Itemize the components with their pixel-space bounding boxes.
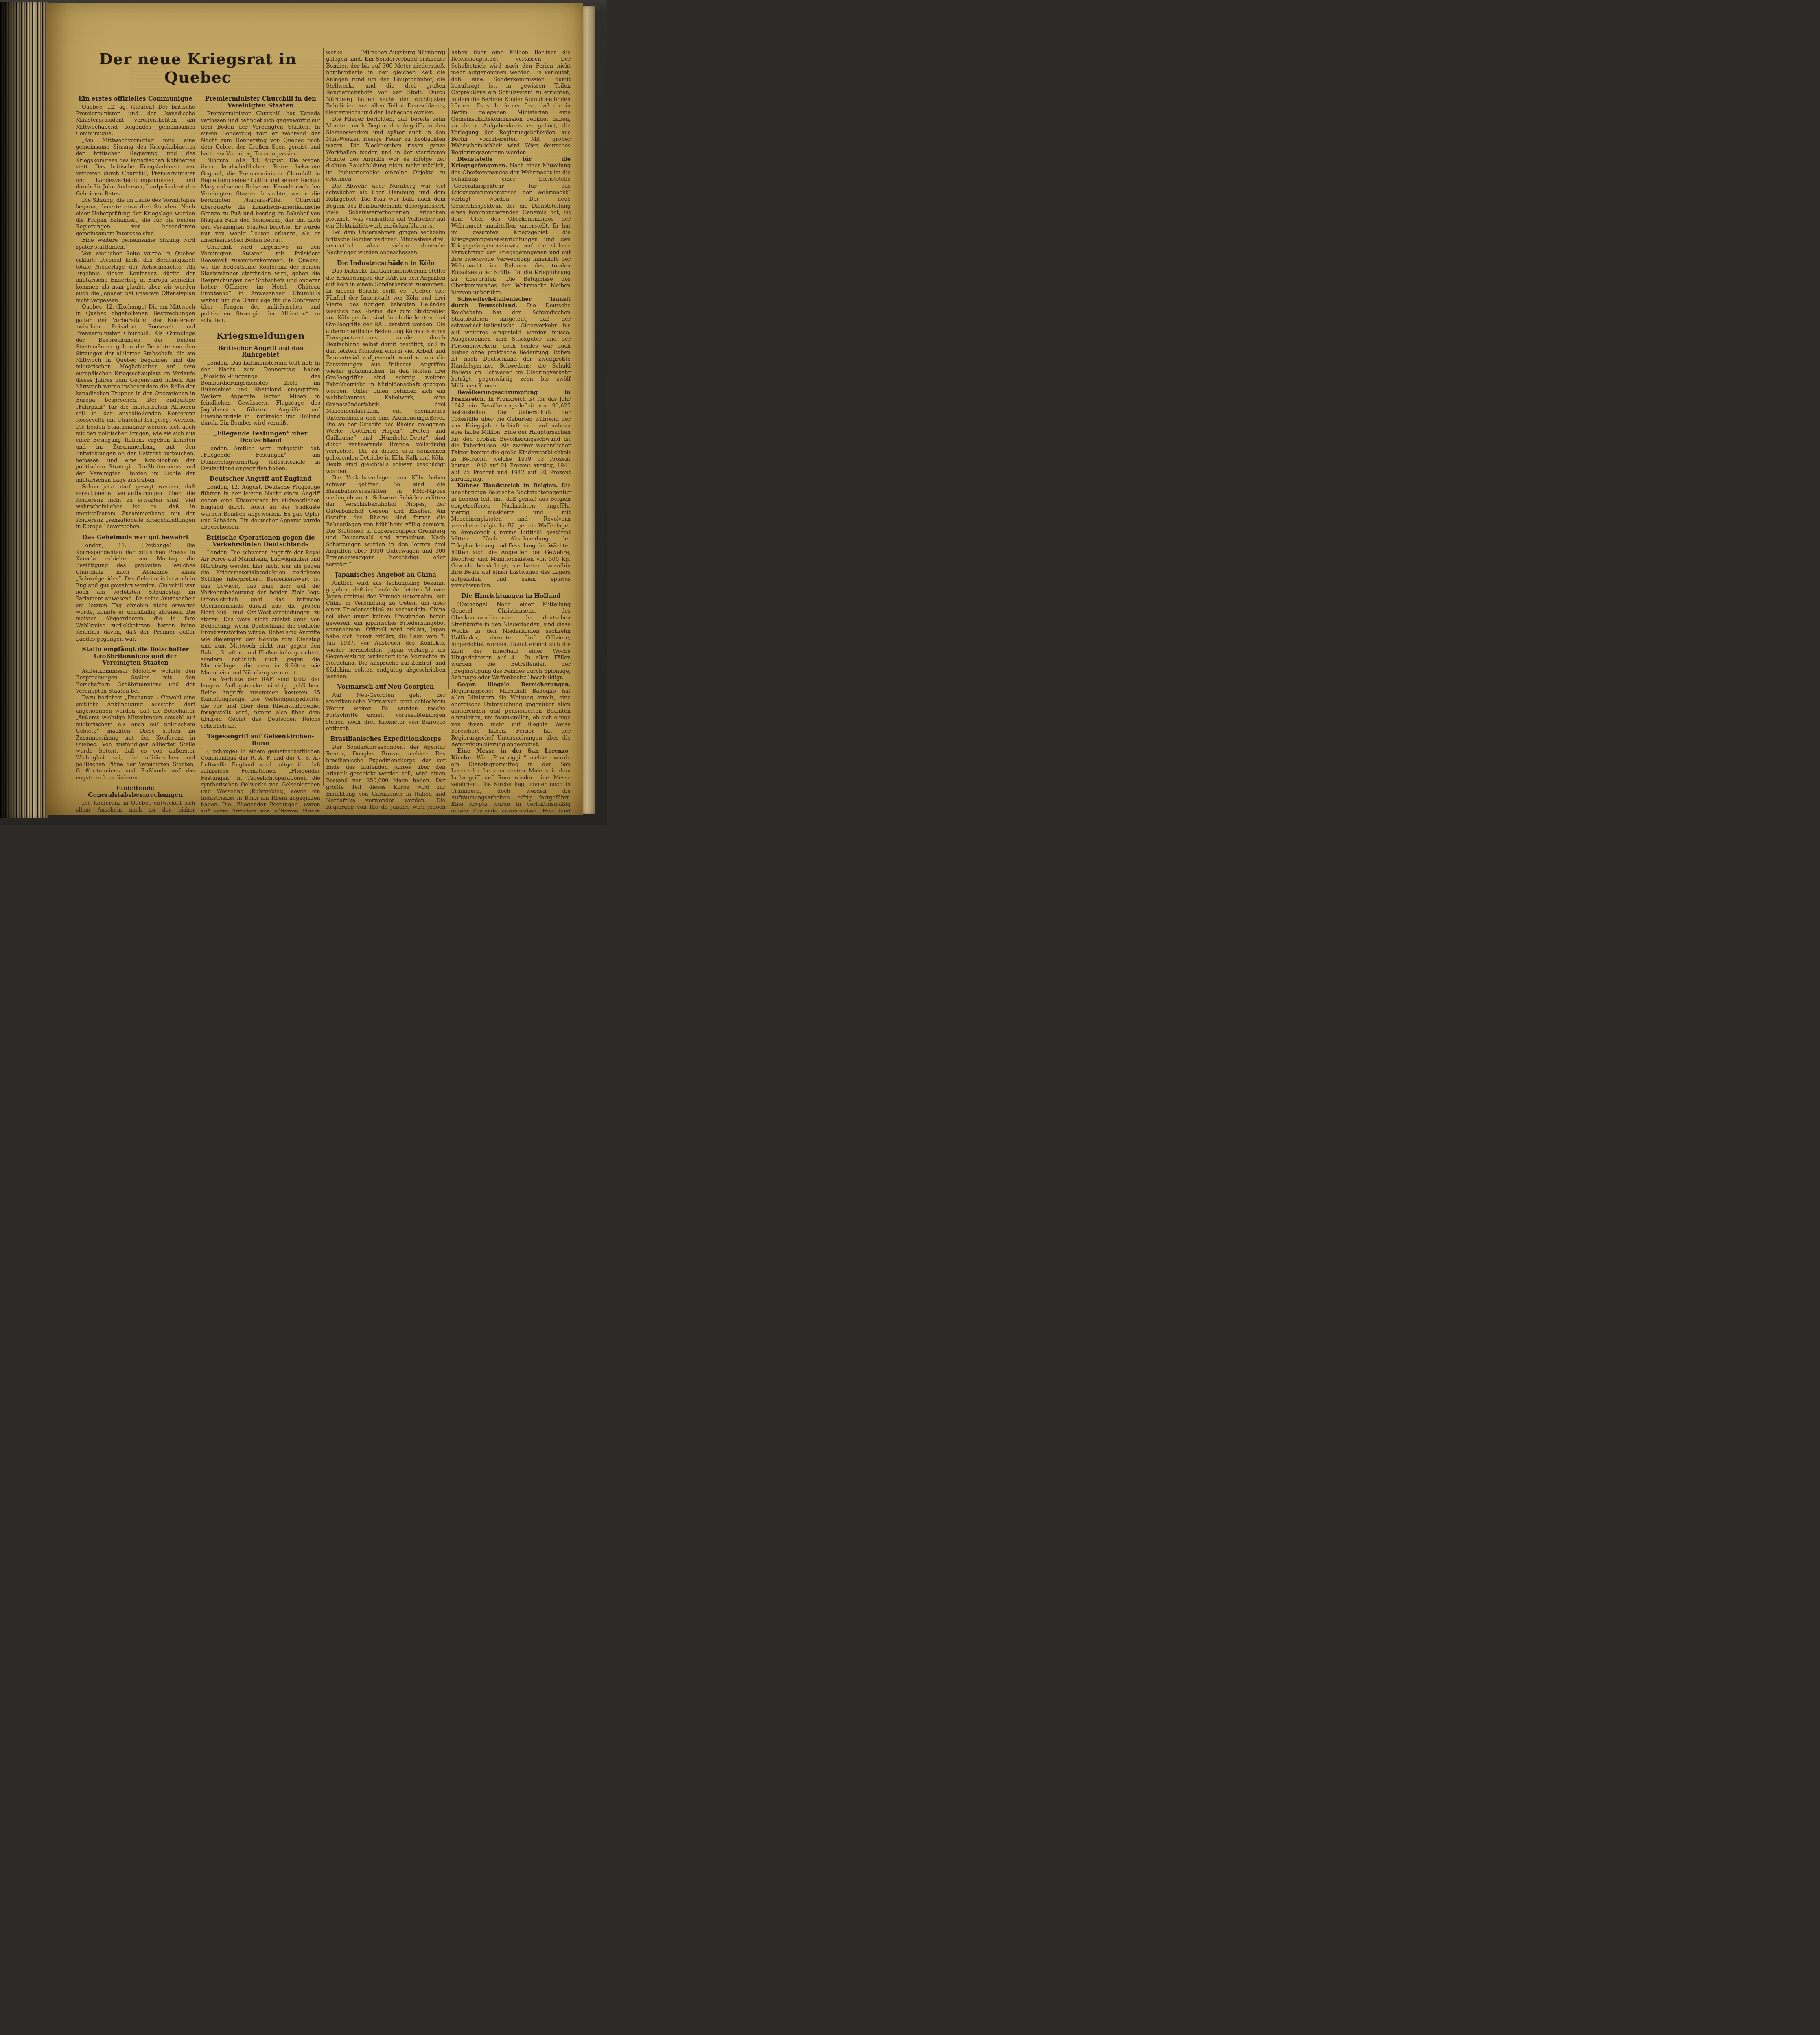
article-paragraph: Bevölkerungsschrumpfung in Frankreich.In… — [451, 389, 571, 483]
article-paragraph: Eine Messe in der San Lorenzo-Kirche.Wie… — [451, 748, 571, 812]
article-dienststelle-kriegsgefangene: Dienststelle für die Kriegsgefangenen.Na… — [451, 156, 571, 296]
article-paragraph: Die Verkehrsanlagen von Köln haben schwe… — [326, 475, 446, 568]
article-paragraph: Quebec, 12. (Exchange) Die am Mittwoch i… — [76, 304, 195, 484]
article-headline: Das Geheimnis war gut bewahrt — [77, 534, 194, 541]
article-paragraph: London. Amtlich wird mitgeteilt, daß „Fl… — [201, 446, 321, 473]
article-paragraph: Niagara Falls, 13. August. Die wegen ihr… — [201, 158, 321, 244]
article-nuernberg-continuation: werke (München-Augsburg-Nürnberg) gelege… — [326, 50, 446, 256]
article-headline: Einleitende Generalstabsbesprechungen — [77, 785, 194, 799]
article-paragraph: Dienststelle für die Kriegsgefangenen.Na… — [451, 156, 571, 296]
article-bevoelkerungsschrumpfung: Bevölkerungsschrumpfung in Frankreich.In… — [451, 389, 571, 483]
article-messe-san-lorenzo: Eine Messe in der San Lorenzo-Kirche.Wie… — [451, 748, 571, 812]
article-fliegende-festungen: „Fliegende Festungen“ über Deutschland L… — [201, 431, 321, 473]
article-paragraph: London, 12. August. Deutsche Flugzeuge f… — [201, 484, 321, 531]
article-headline: Vormarsch auf Neu Georgien — [328, 684, 444, 691]
runin-text: Wie „Pomeriggio“ meldet, wurde am Dienst… — [451, 755, 571, 812]
runin-text: Nach einer Mitteilung des Oberkommandos … — [451, 163, 571, 295]
article-paragraph: London. Die schweren Angriffe der Royal … — [201, 550, 321, 676]
article-headline: Premierminister Churchill in den Vereini… — [203, 96, 319, 109]
article-headline: Brasilianisches Expeditionskorps — [328, 736, 444, 743]
article-paragraph: Gegen illegale Bereicherungen.Regierungs… — [451, 682, 571, 748]
article-paragraph: Dazu berichtet „Exchange“: Obwohl eine a… — [76, 695, 195, 781]
article-paragraph: Quebec, 12. ag. (Reuter.) Der britische … — [76, 104, 195, 138]
article-paragraph: Das britische Luftfahrtministerium stell… — [326, 268, 446, 475]
article-paragraph: Die Verluste der RAF sind trotz der lang… — [201, 676, 321, 730]
article-paragraph: (Exchange) Nach einer Mitteilung General… — [451, 602, 571, 682]
runin-text: Die unabhängige Belgische Nachrichtenage… — [451, 483, 571, 589]
article-headline: Britische Operationen gegen die Verkehrs… — [203, 535, 319, 548]
article-headline: Britischer Angriff auf das Ruhrgebiet — [203, 345, 319, 359]
article-first-communique: Ein erstes offizielles Communiqué Quebec… — [76, 96, 195, 531]
article-paragraph: werke (München-Augsburg-Nürnberg) gelege… — [326, 50, 446, 116]
article-headline: Die Industrieschäden in Köln — [328, 260, 444, 267]
article-hinrichtungen-holland: Die Hinrichtungen in Holland (Exchange) … — [451, 593, 571, 681]
article-angriff-england: Deutscher Angriff auf England London, 12… — [201, 476, 321, 531]
article-headline: Die Hinrichtungen in Holland — [453, 593, 569, 600]
article-paragraph: Die Flieger berichten, daß bereits zehn … — [326, 116, 446, 183]
article-paragraph: Churchill wird „irgendwo in den Vereinig… — [201, 244, 321, 324]
article-paragraph: Amtlich wird aus Tschungking bekannt geg… — [326, 580, 446, 681]
article-headline: „Fliegende Festungen“ über Deutschland — [203, 431, 319, 444]
article-japan-china: Japanisches Angebot an China Amtlich wir… — [326, 572, 446, 680]
article-paragraph: Auf Neu-Georgien geht der amerikanische … — [326, 692, 446, 732]
article-paragraph: Premierminister Churchill hat Kanada ver… — [201, 111, 321, 158]
page-title: Der neue Kriegsrat in Quebec — [76, 50, 320, 86]
book-spine-page-edges — [0, 2, 48, 818]
article-illegale-bereicherungen: Gegen illegale Bereicherungen.Regierungs… — [451, 682, 571, 748]
article-headline: Stalin empfängt die Botschafter Großbrit… — [77, 646, 194, 667]
article-paragraph: Außenkommissar Molotow wohnte den Bespre… — [76, 668, 195, 695]
article-paragraph: Die Sitzung, die im Laufe des Vormittage… — [76, 197, 195, 237]
article-brasilianisches-korps: Brasilianisches Expeditionskorps Der Son… — [326, 736, 446, 812]
article-churchill-usa: Premierminister Churchill in den Vereini… — [201, 96, 321, 324]
runin-text: In Frankreich ist für das Jahr 1942 ein … — [451, 396, 571, 483]
newspaper-photo: Der neue Kriegsrat in Quebec Ein erstes … — [0, 0, 607, 825]
article-schwedisch-italienischer-transit: Schwedisch-italienischer Transit durch D… — [451, 296, 571, 389]
article-industrieschaeden-koeln: Die Industrieschäden in Köln Das britisc… — [326, 260, 446, 569]
column-2: Premierminister Churchill in den Vereini… — [201, 92, 321, 812]
article-paragraph: Bei dem Unternehmen gingen sechzehn brit… — [326, 230, 446, 256]
article-paragraph: Schwedisch-italienischer Transit durch D… — [451, 296, 571, 389]
runin-text: Regierungschef Marschall Badoglio hat al… — [451, 688, 571, 748]
runin-text: Die Deutsche Reichsbahn hat den Schwedis… — [451, 303, 571, 389]
article-headline: Deutscher Angriff auf England — [203, 476, 319, 483]
article-paragraph: Schon jetzt darf gesagt werden, daß sens… — [76, 484, 195, 531]
article-geheimnis: Das Geheimnis war gut bewahrt London, 11… — [76, 534, 195, 643]
column-4: haben über eine Million Berliner die Rei… — [451, 50, 571, 812]
article-paragraph: Kühner Handstreich in Belgien.Die unabhä… — [451, 483, 571, 589]
article-verkehrslinien: Britische Operationen gegen die Verkehrs… — [201, 535, 321, 730]
underlying-page-edge — [582, 6, 595, 814]
article-paragraph: Die Abwehr über Nürnberg war viel schwäc… — [326, 183, 446, 230]
article-ruhrgebiet: Britischer Angriff auf das Ruhrgebiet Lo… — [201, 345, 321, 427]
article-evakuierung-continuation: haben über eine Million Berliner die Rei… — [451, 50, 571, 156]
article-paragraph: (Exchange) In einem gemeinschaftlichen C… — [201, 748, 321, 812]
article-headline: Ein erstes offizielles Communiqué — [77, 96, 194, 103]
runin-headline: Kühner Handstreich in Belgien. — [457, 483, 561, 489]
column-3: werke (München-Augsburg-Nürnberg) gelege… — [326, 50, 446, 812]
article-stalin-botschafter: Stalin empfängt die Botschafter Großbrit… — [76, 646, 195, 781]
article-paragraph: haben über eine Million Berliner die Rei… — [451, 50, 571, 156]
article-handstreich-belgien: Kühner Handstreich in Belgien.Die unabhä… — [451, 483, 571, 589]
article-headline: Japanisches Angebot an China — [328, 572, 444, 579]
article-headline: Tagesangriff auf Gelsenkirchen-Bonn — [203, 733, 319, 747]
page-text-area: Der neue Kriegsrat in Quebec Ein erstes … — [76, 50, 571, 812]
article-paragraph: Eine weitere gemeinsame Sitzung wird spä… — [76, 237, 195, 251]
article-generalstabsbesprechungen: Einleitende Generalstabsbesprechungen Di… — [76, 785, 195, 812]
article-paragraph: Von amtlicher Seite wurde in Quebec erkl… — [76, 251, 195, 304]
article-paragraph: London. Das Luftministerium teilt mit: I… — [201, 360, 321, 427]
article-paragraph: Der Sonderkorrespondent der Agentur Reut… — [326, 744, 446, 812]
section-heading-kriegsmeldungen: Kriegsmeldungen — [201, 330, 321, 341]
article-gelsenkirchen-bonn: Tagesangriff auf Gelsenkirchen-Bonn (Exc… — [201, 733, 321, 812]
article-paragraph: Die Konferenz in Quebec entwickelt sich … — [76, 800, 195, 812]
article-paragraph: London, 11. (Exchange) Die Korrespondent… — [76, 543, 195, 643]
article-neu-georgien: Vormarsch auf Neu Georgien Auf Neu-Georg… — [326, 684, 446, 732]
article-paragraph: „Am Mittwochvormittag fand eine gemeinsa… — [76, 138, 195, 197]
runin-headline: Gegen illegale Bereicherungen. — [457, 682, 571, 688]
column-1: Ein erstes offizielles Communiqué Quebec… — [76, 92, 195, 812]
